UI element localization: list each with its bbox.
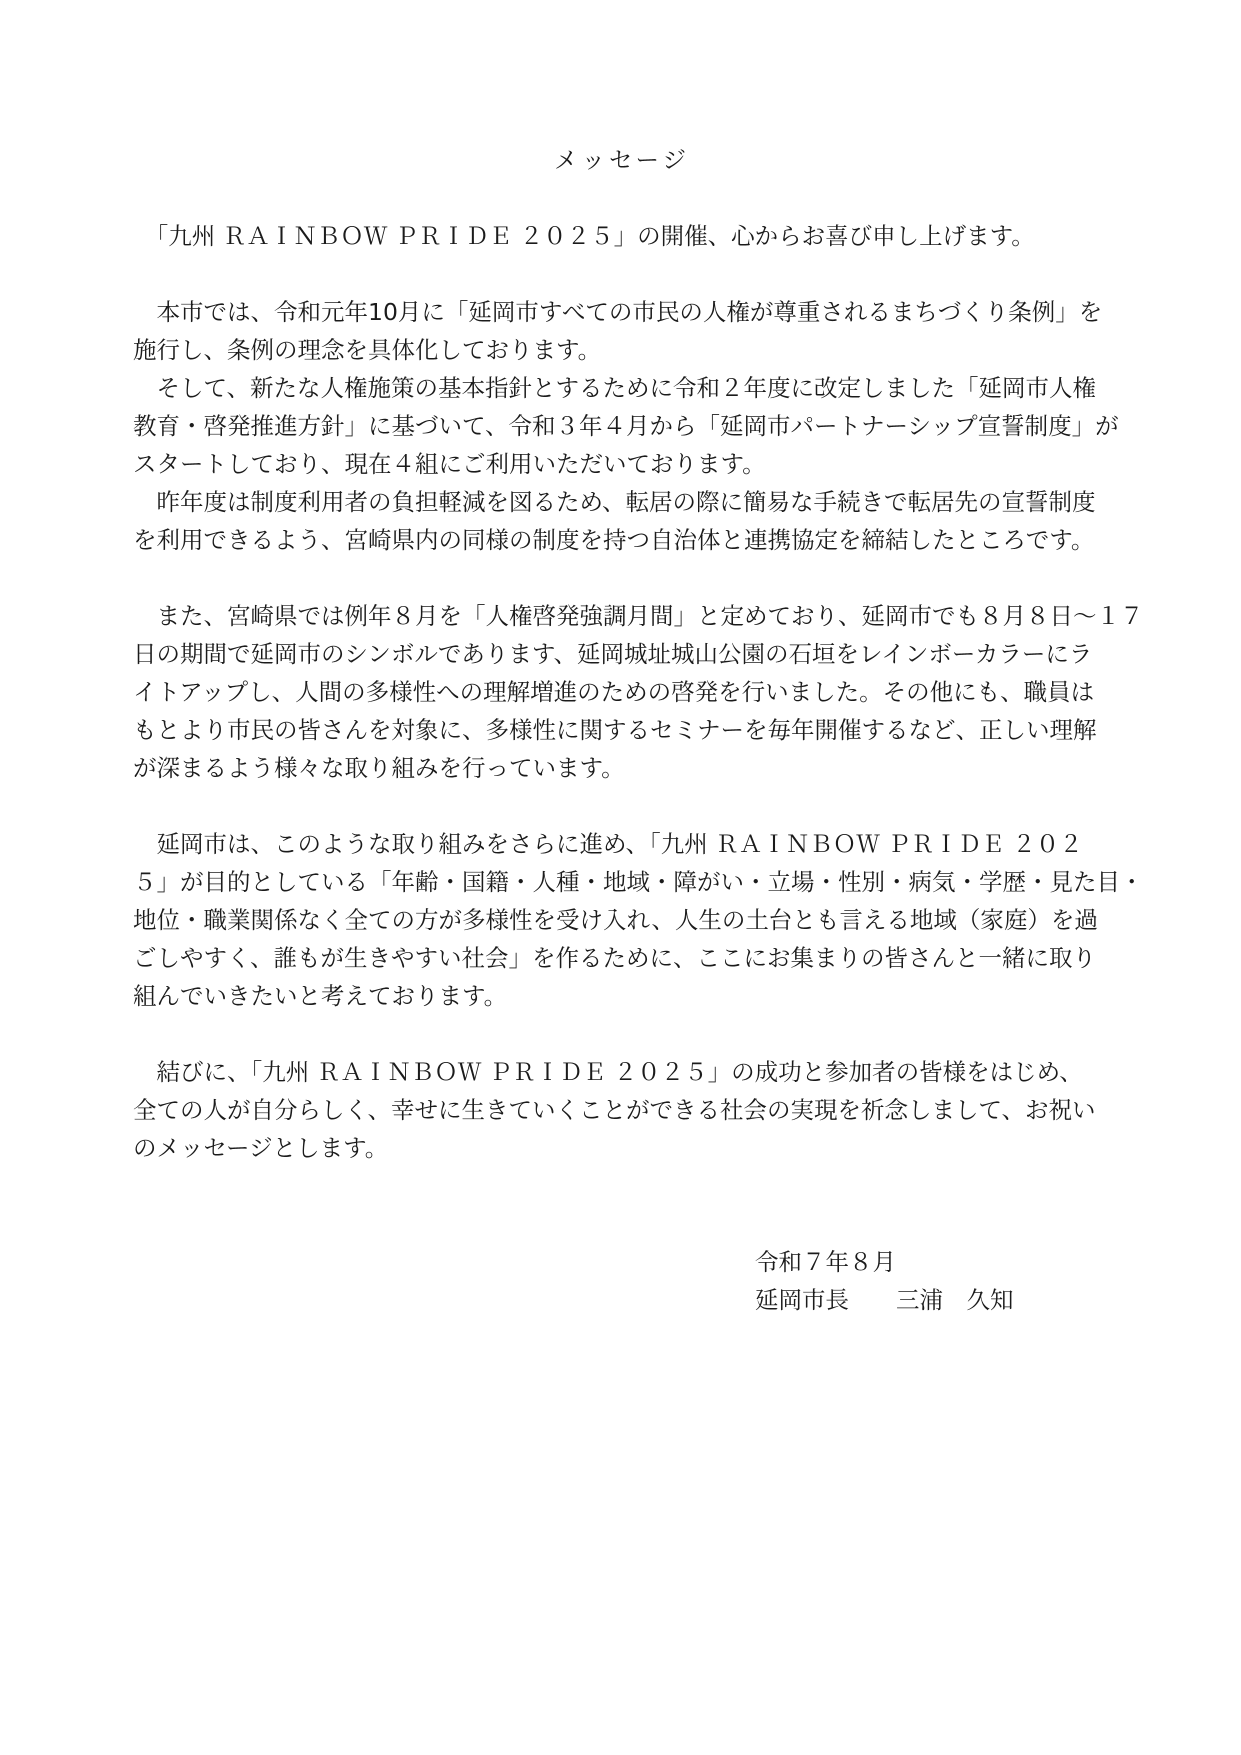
city-efforts-line: 施行し、条例の理念を具体化しております。 bbox=[133, 331, 1111, 369]
awareness-month-line: が深まるよう様々な取り組みを行っています。 bbox=[133, 749, 1111, 787]
city-efforts-line: を利用できるよう、宮崎県内の同様の制度を持つ自治体と連携協定を締結したところです… bbox=[133, 521, 1111, 559]
blank-line bbox=[133, 1015, 1111, 1053]
awareness-month-line: また、宮崎県では例年８月を「人権啓発強調月間」と定めており、延岡市でも８月８日～… bbox=[133, 597, 1111, 635]
greeting-line: 「九州 ＲＡＩＮＢＯＷ ＰＲＩＤＥ ２０２５」の開催、心からお喜び申し上げます。 bbox=[133, 217, 1111, 255]
letter-page: メッセージ 「九州 ＲＡＩＮＢＯＷ ＰＲＩＤＥ ２０２５」の開催、心からお喜び申… bbox=[0, 0, 1241, 1755]
closing-line: のメッセージとします。 bbox=[133, 1129, 1111, 1167]
awareness-month-line: イトアップし、人間の多様性への理解増進のための啓発を行いました。その他にも、職員… bbox=[133, 673, 1111, 711]
city-efforts-line: そして、新たな人権施策の基本指針とするために令和２年度に改定しました「延岡市人権 bbox=[133, 369, 1111, 407]
commitment-line: 延岡市は、このような取り組みをさらに進め、「九州 ＲＡＩＮＢＯＷ ＰＲＩＤＥ ２… bbox=[133, 825, 1111, 863]
commitment-line: 組んでいきたいと考えております。 bbox=[133, 977, 1111, 1015]
city-efforts-line: 昨年度は制度利用者の負担軽減を図るため、転居の際に簡易な手続きで転居先の宣誓制度 bbox=[133, 483, 1111, 521]
document-title: メッセージ bbox=[133, 141, 1111, 179]
signature-line: 延岡市長 三浦 久知 bbox=[133, 1281, 1111, 1319]
closing-line: 全ての人が自分らしく、幸せに生きていくことができる社会の実現を祈念しまして、お祝… bbox=[133, 1091, 1111, 1129]
letter-body: メッセージ 「九州 ＲＡＩＮＢＯＷ ＰＲＩＤＥ ２０２５」の開催、心からお喜び申… bbox=[133, 141, 1111, 1319]
blank-line bbox=[133, 1205, 1111, 1243]
blank-line bbox=[133, 559, 1111, 597]
awareness-month-line: もとより市民の皆さんを対象に、多様性に関するセミナーを毎年開催するなど、正しい理… bbox=[133, 711, 1111, 749]
city-efforts-line: スタートしており、現在４組にご利用いただいております。 bbox=[133, 445, 1111, 483]
city-efforts-line: 教育・啓発推進方針」に基づいて、令和３年４月から「延岡市パートナーシップ宣誓制度… bbox=[133, 407, 1111, 445]
letter-body-sections: 「九州 ＲＡＩＮＢＯＷ ＰＲＩＤＥ ２０２５」の開催、心からお喜び申し上げます。… bbox=[133, 217, 1111, 1319]
signature-line: 令和７年８月 bbox=[133, 1243, 1111, 1281]
city-efforts-line: 本市では、令和元年10月に「延岡市すべての市民の人権が尊重されるまちづくり条例」… bbox=[133, 293, 1111, 331]
awareness-month-line: 日の期間で延岡市のシンボルであります、延岡城址城山公園の石垣をレインボーカラーに… bbox=[133, 635, 1111, 673]
commitment-line: 地位・職業関係なく全ての方が多様性を受け入れ、人生の土台とも言える地域（家庭）を… bbox=[133, 901, 1111, 939]
closing-line: 結びに、「九州 ＲＡＩＮＢＯＷ ＰＲＩＤＥ ２０２５」の成功と参加者の皆様をはじ… bbox=[133, 1053, 1111, 1091]
commitment-line: ５」が目的としている「年齢・国籍・人種・地域・障がい・立場・性別・病気・学歴・見… bbox=[133, 863, 1111, 901]
blank-line bbox=[133, 255, 1111, 293]
commitment-line: ごしやすく、誰もが生きやすい社会」を作るために、ここにお集まりの皆さんと一緒に取… bbox=[133, 939, 1111, 977]
blank-line bbox=[133, 1167, 1111, 1205]
blank-line bbox=[133, 787, 1111, 825]
